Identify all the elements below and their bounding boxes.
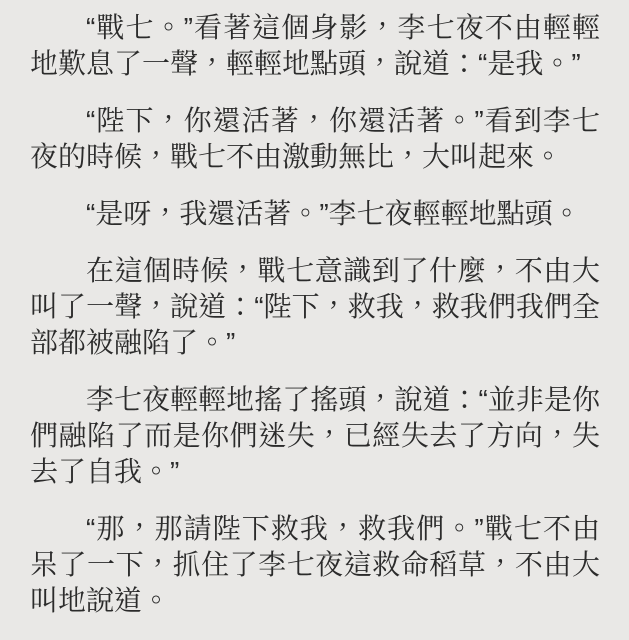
paragraph-3: “是呀，我還活著。”李七夜輕輕地點頭。: [30, 196, 600, 232]
paragraph-5: 李七夜輕輕地搖了搖頭，說道：“並非是你們融陷了而是你們迷失，已經失去了方向，失去…: [30, 382, 600, 490]
paragraph-2: “陛下，你還活著，你還活著。”看到李七夜的時候，戰七不由激動無比，大叫起來。: [30, 103, 600, 175]
paragraph-4: 在這個時候，戰七意識到了什麼，不由大叫了一聲，說道：“陛下，救我，救我們我們全部…: [30, 253, 600, 361]
paragraph-6: “那，那請陛下救我，救我們。”戰七不由呆了一下，抓住了李七夜這救命稻草，不由大叫…: [30, 511, 600, 619]
paragraph-1: “戰七。”看著這個身影，李七夜不由輕輕地歎息了一聲，輕輕地點頭，說道：“是我。”: [30, 10, 600, 82]
reader-page: “戰七。”看著這個身影，李七夜不由輕輕地歎息了一聲，輕輕地點頭，說道：“是我。”…: [0, 0, 629, 640]
